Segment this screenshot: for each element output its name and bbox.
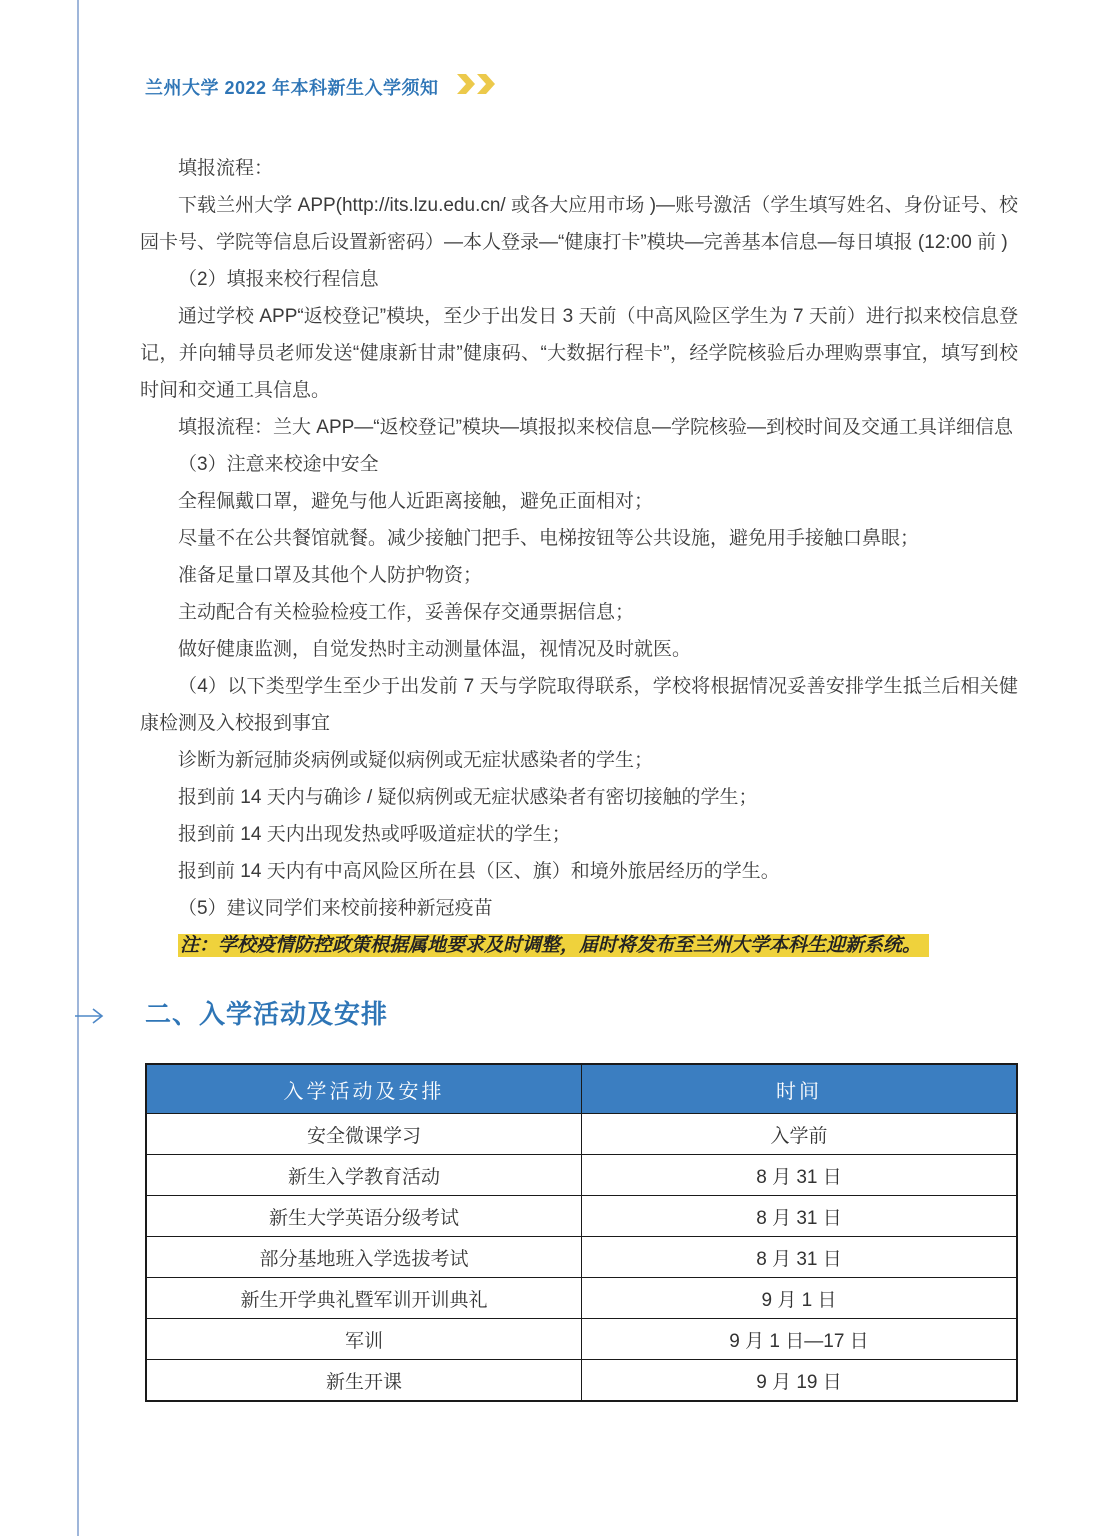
section-heading: 二、入学活动及安排 bbox=[145, 994, 1093, 1031]
time-cell: 8 月 31 日 bbox=[582, 1196, 1018, 1237]
table-row: 安全微课学习 入学前 bbox=[146, 1114, 1017, 1155]
table-row: 新生入学教育活动 8 月 31 日 bbox=[146, 1155, 1017, 1196]
paragraph: （4）以下类型学生至少于出发前 7 天与学院取得联系，学校将根据情况妥善安排学生… bbox=[140, 668, 1018, 742]
paragraph: 报到前 14 天内有中高风险区所在县（区、旗）和境外旅居经历的学生。 bbox=[140, 853, 1018, 890]
note-paragraph: 注：学校疫情防控政策根据属地要求及时调整，届时将发布至兰州大学本科生迎新系统。 bbox=[140, 927, 1018, 964]
activity-cell: 新生开课 bbox=[146, 1360, 582, 1402]
paragraph: 主动配合有关检验检疫工作，妥善保存交通票据信息； bbox=[140, 594, 1018, 631]
paragraph: 填报流程： bbox=[140, 150, 1018, 187]
paragraph: 全程佩戴口罩，避免与他人近距离接触，避免正面相对； bbox=[140, 483, 1018, 520]
time-cell: 9 月 1 日 bbox=[582, 1278, 1018, 1319]
paragraph: 下载兰州大学 APP(http://its.lzu.edu.cn/ 或各大应用市… bbox=[140, 187, 1018, 261]
table-row: 军训 9 月 1 日—17 日 bbox=[146, 1319, 1017, 1360]
enrollment-schedule-table: 入学活动及安排 时间 安全微课学习 入学前 新生入学教育活动 8 月 31 日 … bbox=[145, 1063, 1018, 1402]
table-header-row: 入学活动及安排 时间 bbox=[146, 1064, 1017, 1114]
left-margin-line bbox=[77, 0, 79, 1536]
column-header-time: 时间 bbox=[582, 1064, 1018, 1114]
double-chevron-right-icon bbox=[455, 73, 503, 100]
right-arrow-icon bbox=[75, 1001, 105, 1032]
time-cell: 入学前 bbox=[582, 1114, 1018, 1155]
table-body: 安全微课学习 入学前 新生入学教育活动 8 月 31 日 新生大学英语分级考试 … bbox=[146, 1114, 1017, 1402]
paragraph: 通过学校 APP“返校登记”模块，至少于出发日 3 天前（中高风险区学生为 7 … bbox=[140, 298, 1018, 409]
paragraph: 报到前 14 天内出现发热或呼吸道症状的学生； bbox=[140, 816, 1018, 853]
paragraph: （3）注意来校途中安全 bbox=[140, 446, 1018, 483]
activity-cell: 部分基地班入学选拔考试 bbox=[146, 1237, 582, 1278]
activity-cell: 新生大学英语分级考试 bbox=[146, 1196, 582, 1237]
paragraph: 报到前 14 天内与确诊 / 疑似病例或无症状感染者有密切接触的学生； bbox=[140, 779, 1018, 816]
time-cell: 9 月 1 日—17 日 bbox=[582, 1319, 1018, 1360]
paragraph: （2）填报来校行程信息 bbox=[140, 261, 1018, 298]
highlighted-note: 注：学校疫情防控政策根据属地要求及时调整，届时将发布至兰州大学本科生迎新系统。 bbox=[178, 934, 929, 957]
section-heading-label: 二、入学活动及安排 bbox=[145, 999, 388, 1029]
activity-cell: 新生入学教育活动 bbox=[146, 1155, 582, 1196]
table-row: 新生大学英语分级考试 8 月 31 日 bbox=[146, 1196, 1017, 1237]
time-cell: 9 月 19 日 bbox=[582, 1360, 1018, 1402]
paragraph: 诊断为新冠肺炎病例或疑似病例或无症状感染者的学生； bbox=[140, 742, 1018, 779]
document-body: 填报流程： 下载兰州大学 APP(http://its.lzu.edu.cn/ … bbox=[140, 150, 1018, 964]
column-header-activity: 入学活动及安排 bbox=[146, 1064, 582, 1114]
paragraph: 做好健康监测，自觉发热时主动测量体温，视情况及时就医。 bbox=[140, 631, 1018, 668]
activity-cell: 军训 bbox=[146, 1319, 582, 1360]
paragraph: 尽量不在公共餐馆就餐。减少接触门把手、电梯按钮等公共设施，避免用手接触口鼻眼； bbox=[140, 520, 1018, 557]
table-row: 新生开学典礼暨军训开训典礼 9 月 1 日 bbox=[146, 1278, 1017, 1319]
activity-cell: 安全微课学习 bbox=[146, 1114, 582, 1155]
time-cell: 8 月 31 日 bbox=[582, 1237, 1018, 1278]
table-row: 新生开课 9 月 19 日 bbox=[146, 1360, 1017, 1402]
page-title: 兰州大学 2022 年本科新生入学须知 bbox=[145, 74, 439, 100]
time-cell: 8 月 31 日 bbox=[582, 1155, 1018, 1196]
activity-cell: 新生开学典礼暨军训开训典礼 bbox=[146, 1278, 582, 1319]
document-header: 兰州大学 2022 年本科新生入学须知 bbox=[0, 0, 1093, 100]
table-row: 部分基地班入学选拔考试 8 月 31 日 bbox=[146, 1237, 1017, 1278]
paragraph: 准备足量口罩及其他个人防护物资； bbox=[140, 557, 1018, 594]
paragraph: （5）建议同学们来校前接种新冠疫苗 bbox=[140, 890, 1018, 927]
paragraph: 填报流程：兰大 APP—“返校登记”模块—填报拟来校信息—学院核验—到校时间及交… bbox=[140, 409, 1018, 446]
